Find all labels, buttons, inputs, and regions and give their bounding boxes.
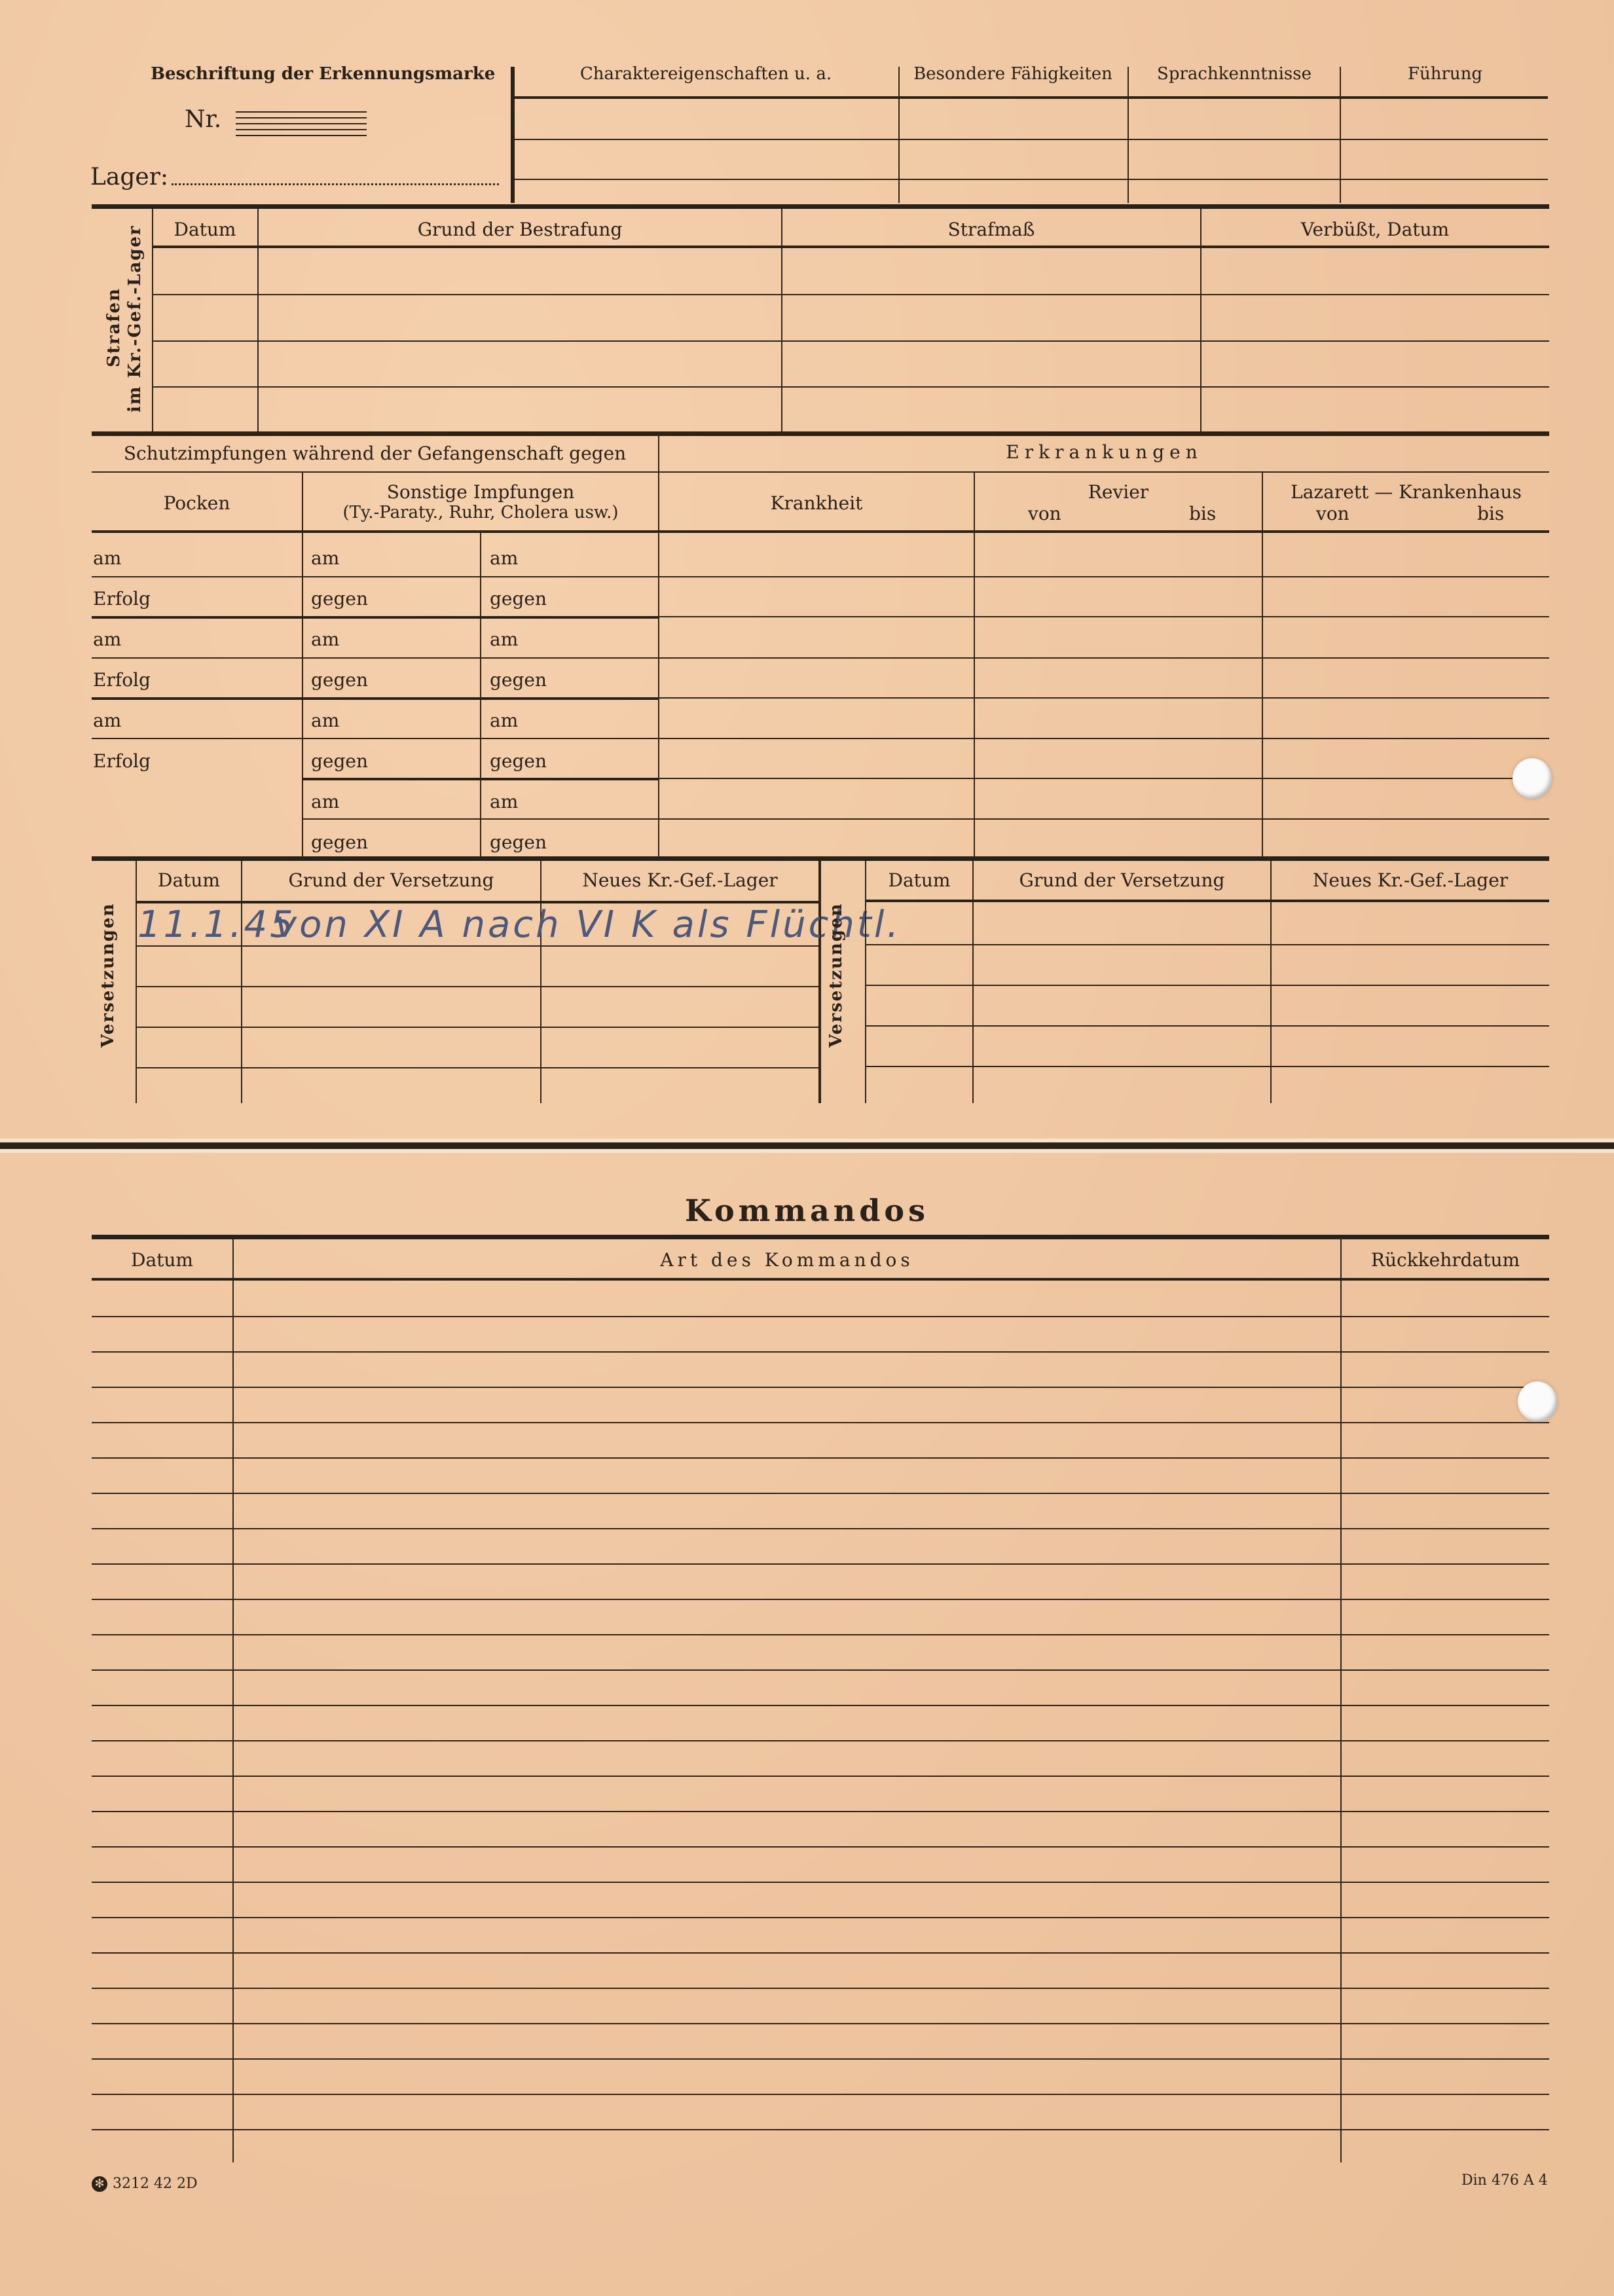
divider <box>136 1027 818 1028</box>
kommandos-row-line <box>92 2129 1549 2130</box>
print-code: ✻3212 42 2D <box>92 2176 198 2192</box>
strafen-row[interactable] <box>153 342 1548 386</box>
bis-label: bis <box>1189 503 1216 524</box>
column-header: Grund der Versetzung <box>974 869 1270 891</box>
kommandos-row-line <box>92 2058 1549 2060</box>
column-header: Datum <box>92 1249 232 1271</box>
kommandos-row-line <box>92 1988 1549 1989</box>
nr-label: Nr. <box>185 106 221 133</box>
kommandos-row-line <box>92 1457 1549 1459</box>
punch-hole <box>1513 758 1552 799</box>
divider <box>820 861 821 1103</box>
divider <box>136 986 818 987</box>
kommandos-title: Kommandos <box>0 1193 1614 1228</box>
column-header: Charaktereigenschaften u. a. <box>515 64 897 84</box>
kommandos-row-line <box>92 1528 1549 1529</box>
divider <box>92 431 1549 436</box>
divider <box>136 1067 818 1068</box>
kommandos-row-line <box>92 1669 1549 1671</box>
strafen-row[interactable] <box>153 249 1548 293</box>
lager-field[interactable] <box>172 183 499 185</box>
punch-hole <box>1518 1381 1557 1422</box>
din-format-label: Din 476 A 4 <box>1461 2172 1548 2189</box>
kommandos-row-line <box>92 1952 1549 1954</box>
divider <box>152 340 1549 342</box>
column-header: Sonstige Impfungen <box>303 481 658 503</box>
column-header: Besondere Fähigkeiten <box>900 64 1126 84</box>
faehigkeiten-cell[interactable] <box>900 100 1126 201</box>
strafen-side-label: Strafenim Kr.-Gef.-Lager <box>103 242 145 412</box>
divider <box>515 96 1548 99</box>
printer-logo-icon: ✻ <box>92 2176 107 2192</box>
fold-line <box>0 1142 1614 1149</box>
versetzungen-side-label: Versetzungen <box>98 917 124 1048</box>
identification-heading: Beschriftung der Erkennungsmarke <box>151 64 452 84</box>
sprachkenntnisse-cell[interactable] <box>1129 100 1340 201</box>
column-header: Art des Kommandos <box>234 1249 1340 1271</box>
column-header: Krankheit <box>659 492 974 514</box>
kommandos-row-line <box>92 1493 1549 1494</box>
column-header: Datum <box>153 219 257 240</box>
von-label: von <box>1316 503 1349 524</box>
erkrankungen-heading: Erkrankungen <box>659 441 1549 463</box>
divider <box>152 386 1549 388</box>
divider <box>92 471 1549 473</box>
divider <box>1340 67 1341 203</box>
column-header: Grund der Bestrafung <box>259 219 781 240</box>
divider <box>92 530 1549 533</box>
fuehrung-cell[interactable] <box>1342 100 1548 201</box>
kommandos-row-line <box>92 2023 1549 2024</box>
kommandos-row-line <box>92 1422 1549 1423</box>
divider <box>92 1235 1549 1239</box>
nr-field[interactable] <box>236 110 367 136</box>
kommandos-row-line <box>92 1387 1549 1388</box>
column-subheader: (Ty.-Paraty., Ruhr, Cholera usw.) <box>303 503 658 522</box>
kommandos-row-line <box>92 2094 1549 2095</box>
column-header: Neues Kr.-Gef.-Lager <box>1272 869 1549 891</box>
strafen-row[interactable] <box>153 388 1548 430</box>
kommandos-row-line <box>92 1599 1549 1600</box>
divider <box>92 204 1549 209</box>
divider <box>152 294 1549 295</box>
column-header: Datum <box>866 869 972 891</box>
charakter-cell[interactable] <box>515 100 897 201</box>
column-header: Neues Kr.-Gef.-Lager <box>541 869 818 891</box>
strafen-row[interactable] <box>153 296 1548 340</box>
divider <box>92 856 1549 861</box>
impfungen-table-body[interactable] <box>93 534 657 854</box>
column-header: Rückkehrdatum <box>1342 1249 1549 1271</box>
column-header: Pocken <box>92 492 302 514</box>
kommandos-row-line <box>92 1563 1549 1565</box>
bis-label: bis <box>1477 503 1504 524</box>
von-label: von <box>1028 503 1061 524</box>
kommandos-row-line <box>92 1811 1549 1812</box>
kommandos-row-line <box>92 1846 1549 1848</box>
lager-label: Lager: <box>90 164 168 191</box>
kommandos-row-line <box>92 1705 1549 1706</box>
versetzungen-row[interactable] <box>137 903 818 944</box>
versetzungen-side-label: Versetzungen <box>826 917 853 1048</box>
kommandos-row-line <box>92 1882 1549 1883</box>
column-header: Führung <box>1342 64 1548 84</box>
kommandos-row-line <box>92 1316 1549 1317</box>
kommandos-row-line <box>92 1634 1549 1635</box>
versetzungen-right-table-body[interactable] <box>866 902 1549 1102</box>
erkrankungen-table-body[interactable] <box>659 534 1549 854</box>
column-header: Revier <box>975 481 1262 503</box>
kommandos-row-line <box>92 1740 1549 1741</box>
kommandos-row-line <box>92 1917 1549 1918</box>
column-header: Grund der Versetzung <box>242 869 540 891</box>
divider <box>152 246 1549 248</box>
column-header: Sprachkenntnisse <box>1129 64 1340 84</box>
kommandos-row-line <box>92 1351 1549 1353</box>
column-header: Datum <box>137 869 241 891</box>
kommandos-row-line <box>92 1776 1549 1777</box>
kommandos-table-body[interactable] <box>92 1281 1549 2132</box>
column-header: Verbüßt, Datum <box>1201 219 1549 240</box>
column-header: Strafmaß <box>782 219 1200 240</box>
column-header: Lazarett — Krankenhaus <box>1263 481 1549 503</box>
impfungen-heading: Schutzimpfungen während der Gefangenscha… <box>92 443 658 464</box>
